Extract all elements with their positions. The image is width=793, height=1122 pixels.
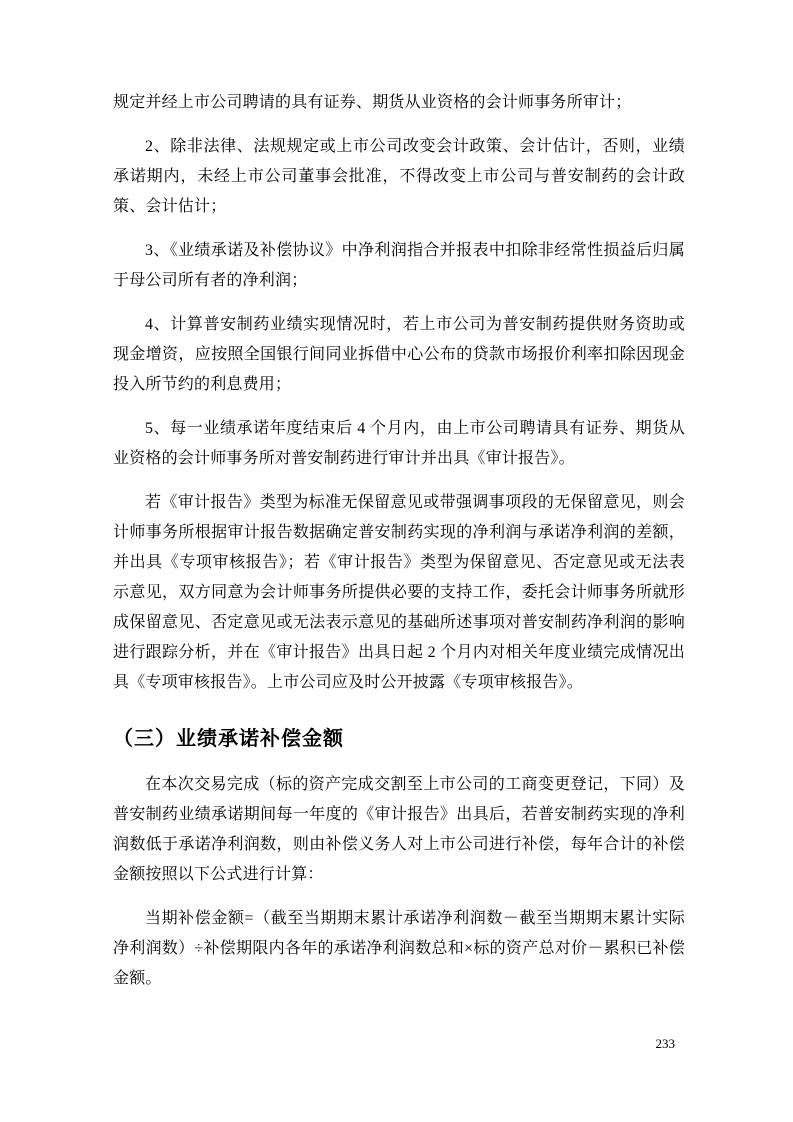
compensation-paragraph: 在本次交易完成（标的资产完成交割至上市公司的工商变更登记，下同）及普安制药业绩承…: [113, 770, 685, 890]
paragraph-continuation: 规定并经上市公司聘请的具有证券、期货从业资格的会计师事务所审计；: [113, 88, 685, 118]
numbered-item-2: 2、除非法律、法规规定或上市公司改变会计政策、会计估计，否则，业绩承诺期内，未经…: [113, 132, 685, 222]
document-page: 规定并经上市公司聘请的具有证券、期货从业资格的会计师事务所审计； 2、除非法律、…: [0, 0, 793, 1122]
formula-paragraph: 当期补偿金额=（截至当期期末累计承诺净利润数－截至当期期末累计实际净利润数）÷补…: [113, 904, 685, 994]
numbered-item-3: 3、《业绩承诺及补偿协议》中净利润指合并报表中扣除非经常性损益后归属于母公司所有…: [113, 236, 685, 296]
document-body: 规定并经上市公司聘请的具有证券、期货从业资格的会计师事务所审计； 2、除非法律、…: [113, 88, 685, 1008]
audit-report-paragraph: 若《审计报告》类型为标准无保留意见或带强调事项段的无保留意见，则会计师事务所根据…: [113, 488, 685, 698]
numbered-item-5: 5、每一业绩承诺年度结束后 4 个月内，由上市公司聘请具有证券、期货从业资格的会…: [113, 414, 685, 474]
section-heading: （三）业绩承诺补偿金额: [113, 724, 685, 754]
page-number: 233: [656, 1036, 676, 1052]
numbered-item-4: 4、计算普安制药业绩实现情况时，若上市公司为普安制药提供财务资助或现金增资，应按…: [113, 310, 685, 400]
